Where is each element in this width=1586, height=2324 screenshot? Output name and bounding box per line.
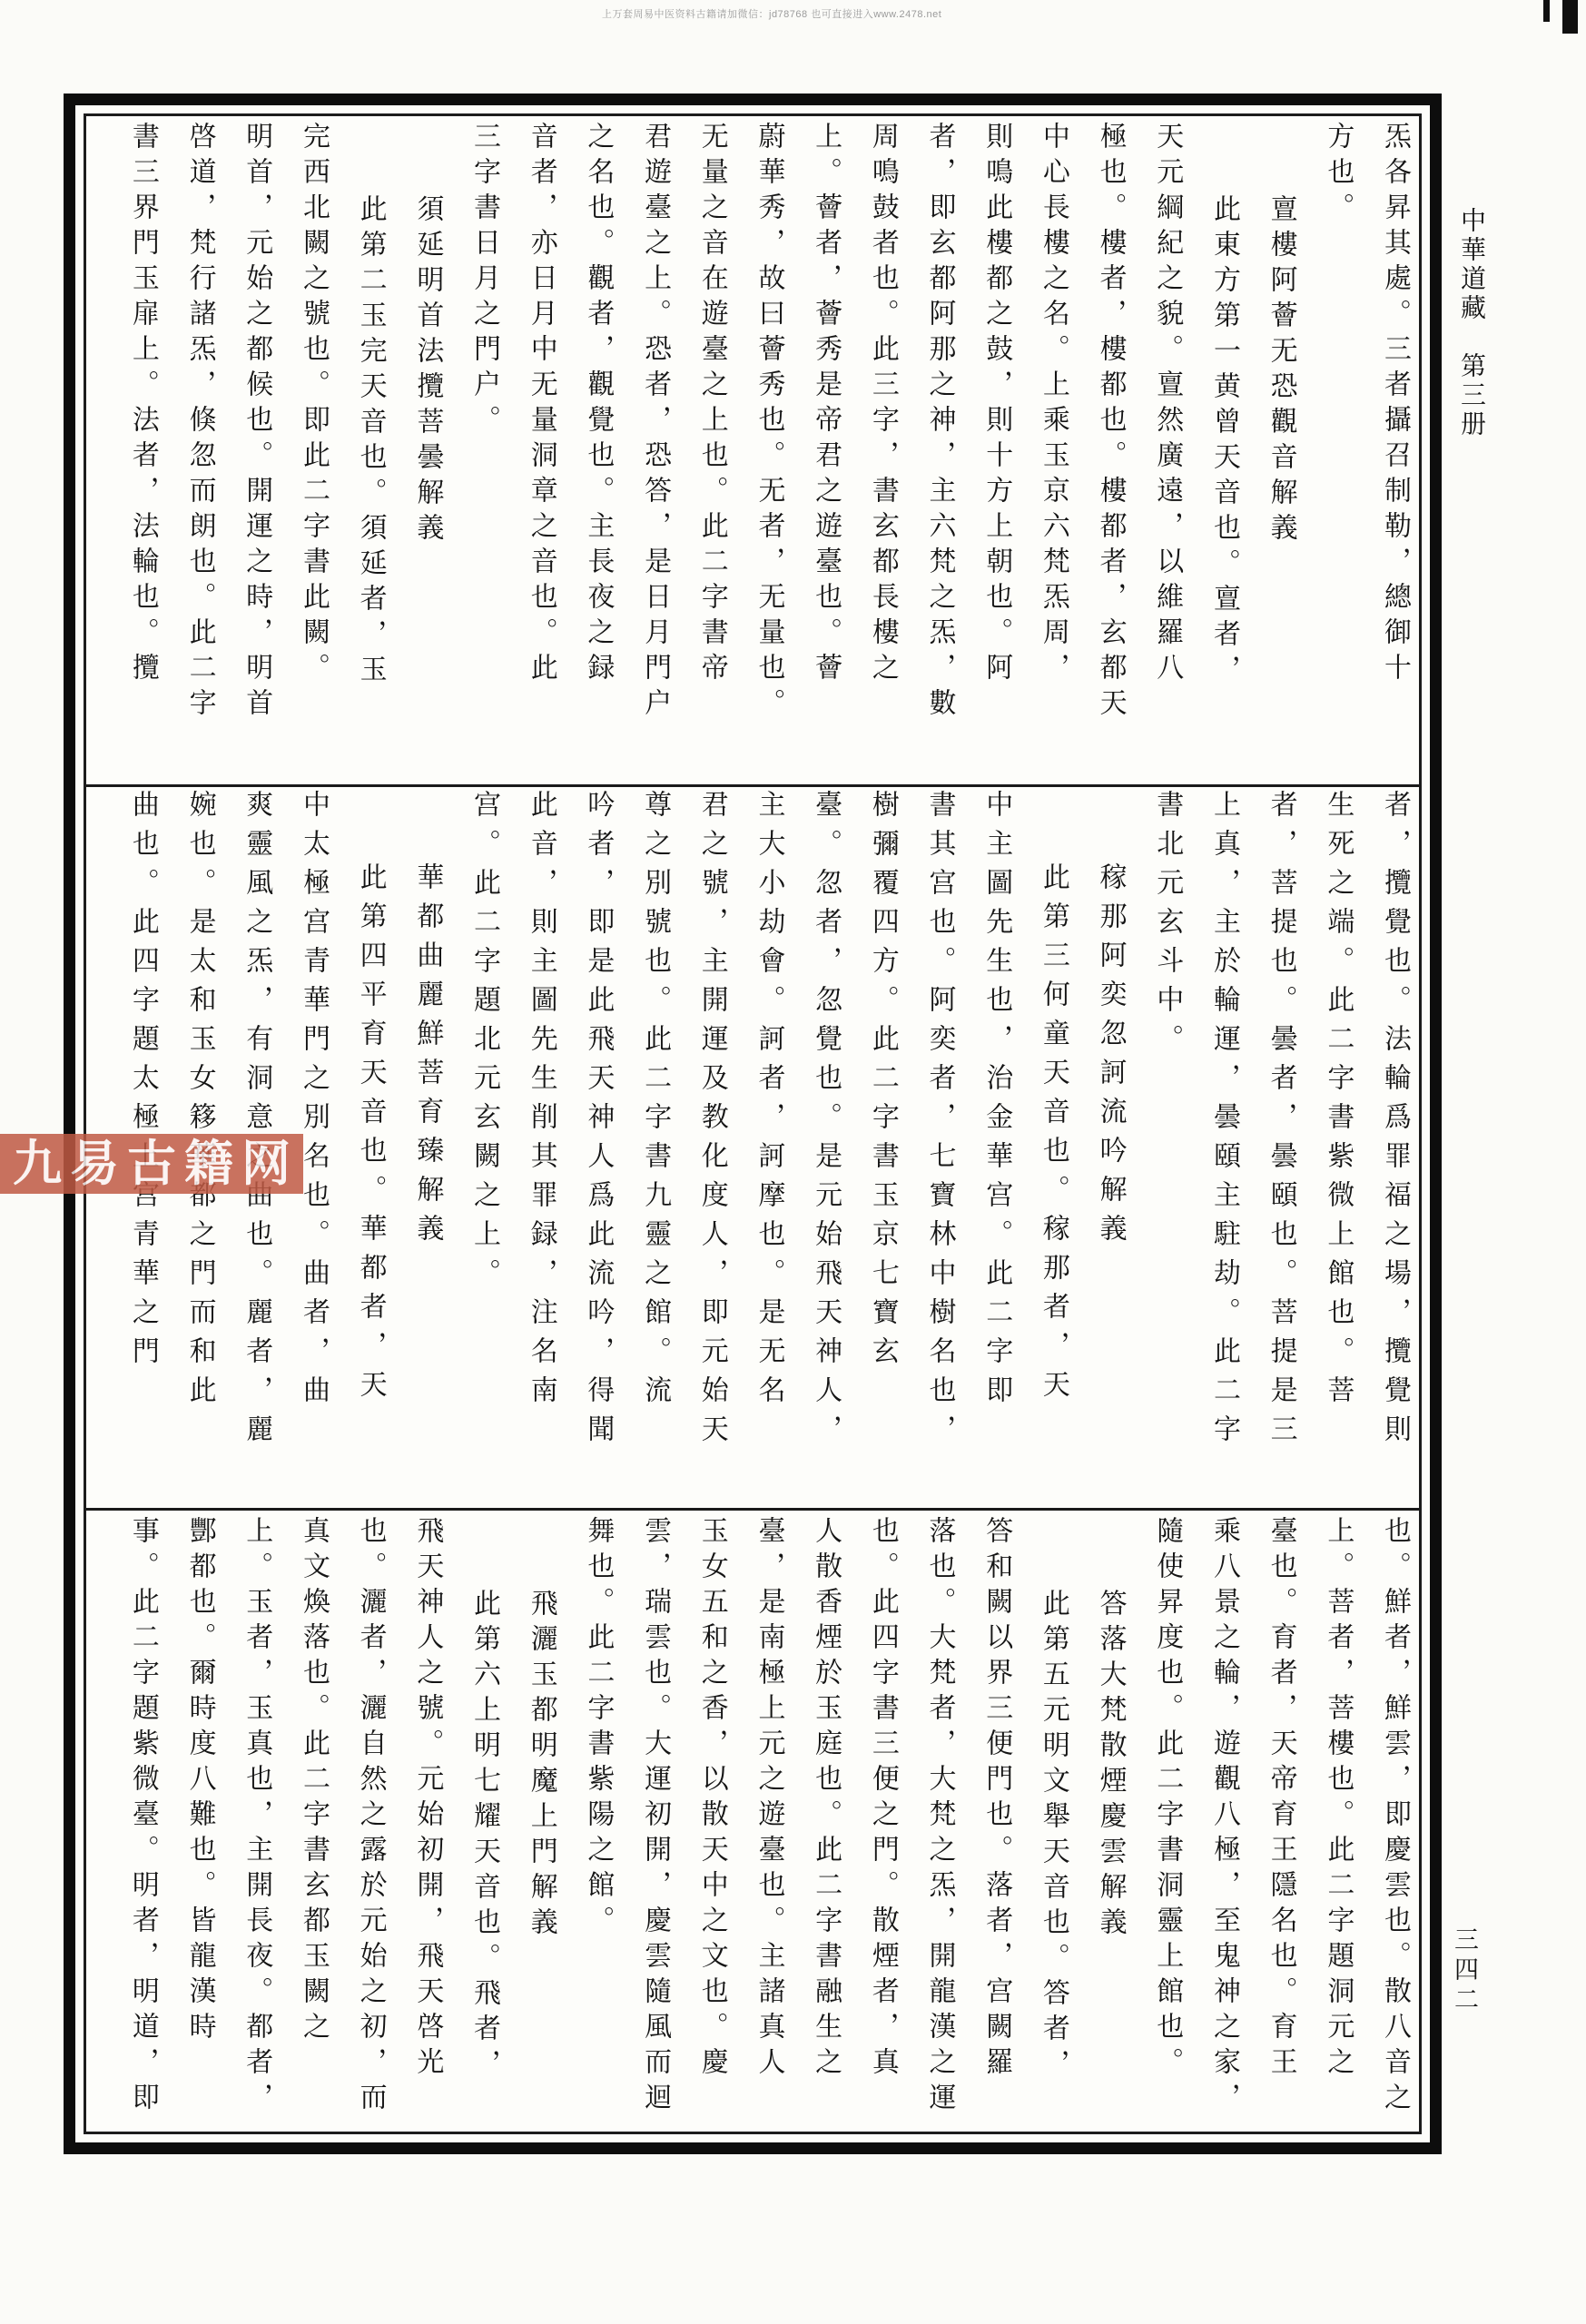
text-band-bottom: 也。鮮者，鮮雲，即慶雲也。散八音之上。菩者，菩樓也。此二字題洞元之臺也。育者，天…: [95, 1516, 1408, 2122]
text-column: 書三界門玉扉上。法者，法輪也。攬: [99, 122, 156, 781]
text-column: 方也。: [1295, 122, 1352, 781]
text-column: 乘八景之輪，遊觀八極，至鬼神之家，: [1180, 1516, 1237, 2122]
text-column: 炁各昇其處。三者攝召制勒，總御十: [1351, 122, 1408, 781]
section-opener-column: 此第五元明文舉天音也。答者，: [1010, 1516, 1067, 2122]
section-heading-column: 稼那阿奕忽訶流吟解義: [1067, 790, 1124, 1498]
text-column: 事。此二字題紫微臺。明者，明道，即: [99, 1516, 156, 2122]
section-opener-column: 此東方第一黄曾天音也。亶者，: [1180, 122, 1237, 781]
page-number: 三四二: [1447, 1926, 1483, 2016]
text-column: 此音，則主圖先生削其罪録，注名南: [497, 790, 555, 1498]
section-heading-column: 飛灑玉都明魔上門解義: [497, 1516, 555, 2122]
text-column: 之名也。觀者，觀覺也。主長夜之録: [555, 122, 612, 781]
text-column: 隨使昇度也。此二字書洞靈上館也。: [1124, 1516, 1181, 2122]
text-column: 啓道，梵行諸炁，倏忽而朗也。此二字: [156, 122, 213, 781]
section-opener-column: 此第二玉完天音也。須延者，玉: [327, 122, 384, 781]
section-heading-column: 華都曲麗鮮菩育臻解義: [384, 790, 441, 1498]
text-column: 中心長樓之名。上乘玉京六梵炁周，: [1010, 122, 1067, 781]
text-column: 三字書日月之門户。: [440, 122, 497, 781]
text-column: 君遊臺之上。恐者，恐答，是日月門户: [611, 122, 668, 781]
text-column: 飛天神人之號。元始初開，飛天啓光: [384, 1516, 441, 2122]
text-column: 答和闕以界三便門也。落者，宫闕羅: [953, 1516, 1010, 2122]
text-column: 上。薈者，薈秀是帝君之遊臺也。薈: [782, 122, 839, 781]
text-column: 中主圖先生也，治金華宫。此二字即: [953, 790, 1010, 1498]
text-column: 臺也。育者，天帝育王隱名也。育王: [1237, 1516, 1295, 2122]
text-column: 也。此四字書三便之門。散煙者，真: [839, 1516, 896, 2122]
text-column: 尊之別號也。此二字書九靈之館。流: [611, 790, 668, 1498]
text-column: 者，即玄都阿那之神，主六梵之炁，數: [896, 122, 953, 781]
inner-border: 炁各昇其處。三者攝召制勒，總御十方也。亶樓阿薈无恐觀音解義此東方第一黄曾天音也。…: [84, 113, 1422, 2134]
text-column: 真文煥落也。此二字書玄都玉闕之: [270, 1516, 327, 2122]
text-column: 无量之音在遊臺之上也。此二字書帝: [668, 122, 725, 781]
text-column: 生死之端。此二字書紫微上館也。菩: [1295, 790, 1352, 1498]
scanned-book-page: { "page": { "top_note": "上万套周易中医资料古籍请加微信…: [0, 0, 1586, 2324]
text-column: 雲，瑞雲也。大運初開，慶雲隨風而迴: [611, 1516, 668, 2122]
text-column: 主大小劫會。訶者，訶摩也。是无名: [725, 790, 783, 1498]
text-column: 也。灑者，灑自然之露於元始之初，而: [327, 1516, 384, 2122]
text-column: 上。菩者，菩樓也。此二字題洞元之: [1295, 1516, 1352, 2122]
text-column: 周鳴鼓者也。此三字，書玄都長樓之: [839, 122, 896, 781]
text-column: 完西北闕之號也。即此二字書此闕。: [270, 122, 327, 781]
text-column: 臺。忽者，忽覺也。是元始飛天神人，: [782, 790, 839, 1498]
text-column: 上。玉者，玉真也，主開長夜。都者，: [213, 1516, 271, 2122]
text-column: 玉女五和之香，以散天中之文也。慶: [668, 1516, 725, 2122]
text-column: 書其宫也。阿奕者，七寶林中樹名也，: [896, 790, 953, 1498]
section-heading-column: 亶樓阿薈无恐觀音解義: [1237, 122, 1295, 781]
text-column: 宫。此二字題北元玄闕之上。: [440, 790, 497, 1498]
section-heading-column: 須延明首法攬菩曇解義: [384, 122, 441, 781]
text-column: 蔚華秀，故曰薈秀也。无者，无量也。: [725, 122, 783, 781]
text-column: 明首，元始之都候也。開運之時，明首: [213, 122, 271, 781]
band-divider: [86, 784, 1419, 787]
text-band-top: 炁各昇其處。三者攝召制勒，總御十方也。亶樓阿薈无恐觀音解義此東方第一黄曾天音也。…: [95, 122, 1408, 781]
text-column: 落也。大梵者，大梵之炁，開龍漢之運: [896, 1516, 953, 2122]
scan-artifact: [1543, 0, 1550, 22]
text-column: 音者，亦日月中无量洞章之音也。此: [497, 122, 555, 781]
text-column: 者，菩提也。曇者，曇頤也。菩提是三: [1237, 790, 1295, 1498]
text-column: 臺，是南極上元之遊臺也。主諸真人: [725, 1516, 783, 2122]
text-column: 酆都也。爾時度八難也。皆龍漢時: [156, 1516, 213, 2122]
text-column: 天元綱紀之貌。亶然廣遠，以維羅八: [1124, 122, 1181, 781]
section-opener-column: 此第四平育天音也。華都者，天: [327, 790, 384, 1498]
scan-artifact: [1562, 0, 1578, 34]
band-divider: [86, 1508, 1419, 1511]
text-column: 人散香煙於玉庭也。此二字書融生之: [782, 1516, 839, 2122]
text-column: 也。鮮者，鮮雲，即慶雲也。散八音之: [1351, 1516, 1408, 2122]
page-frame: 炁各昇其處。三者攝召制勒，總御十方也。亶樓阿薈无恐觀音解義此東方第一黄曾天音也。…: [64, 94, 1442, 2154]
text-column: 書北元玄斗中。: [1124, 790, 1181, 1498]
text-column: 則鳴此樓都之鼓，則十方上朝也。阿: [953, 122, 1010, 781]
text-column: 吟者，即是此飛天神人爲此流吟，得聞: [555, 790, 612, 1498]
text-column: 樹彌覆四方。此二字書玉京七寶玄: [839, 790, 896, 1498]
watermark-text: 九易古籍网: [5, 1139, 299, 1188]
section-opener-column: 此第六上明七耀天音也。飛者，: [440, 1516, 497, 2122]
text-column: 極也。樓者，樓都也。樓都者，玄都天: [1067, 122, 1124, 781]
section-opener-column: 此第三何童天音也。稼那者，天: [1010, 790, 1067, 1498]
margin-volume-title: 中華道藏 第三册: [1453, 207, 1489, 439]
text-column: 君之號，主開運及教化度人，即元始天: [668, 790, 725, 1498]
watermark-banner: 九易古籍网: [0, 1134, 303, 1194]
section-heading-column: 答落大梵散煙慶雲解義: [1067, 1516, 1124, 2122]
text-column: 上真，主於輪運，曇頤主駐劫。此二字: [1180, 790, 1237, 1498]
text-column: 舞也。此二字書紫陽之館。: [555, 1516, 612, 2122]
scan-seller-note: 上万套周易中医资料古籍请加微信：jd78768 也可直接进入www.2478.n…: [602, 6, 941, 21]
text-column: 者，攬覺也。法輪爲罪福之場，攬覺則: [1351, 790, 1408, 1498]
